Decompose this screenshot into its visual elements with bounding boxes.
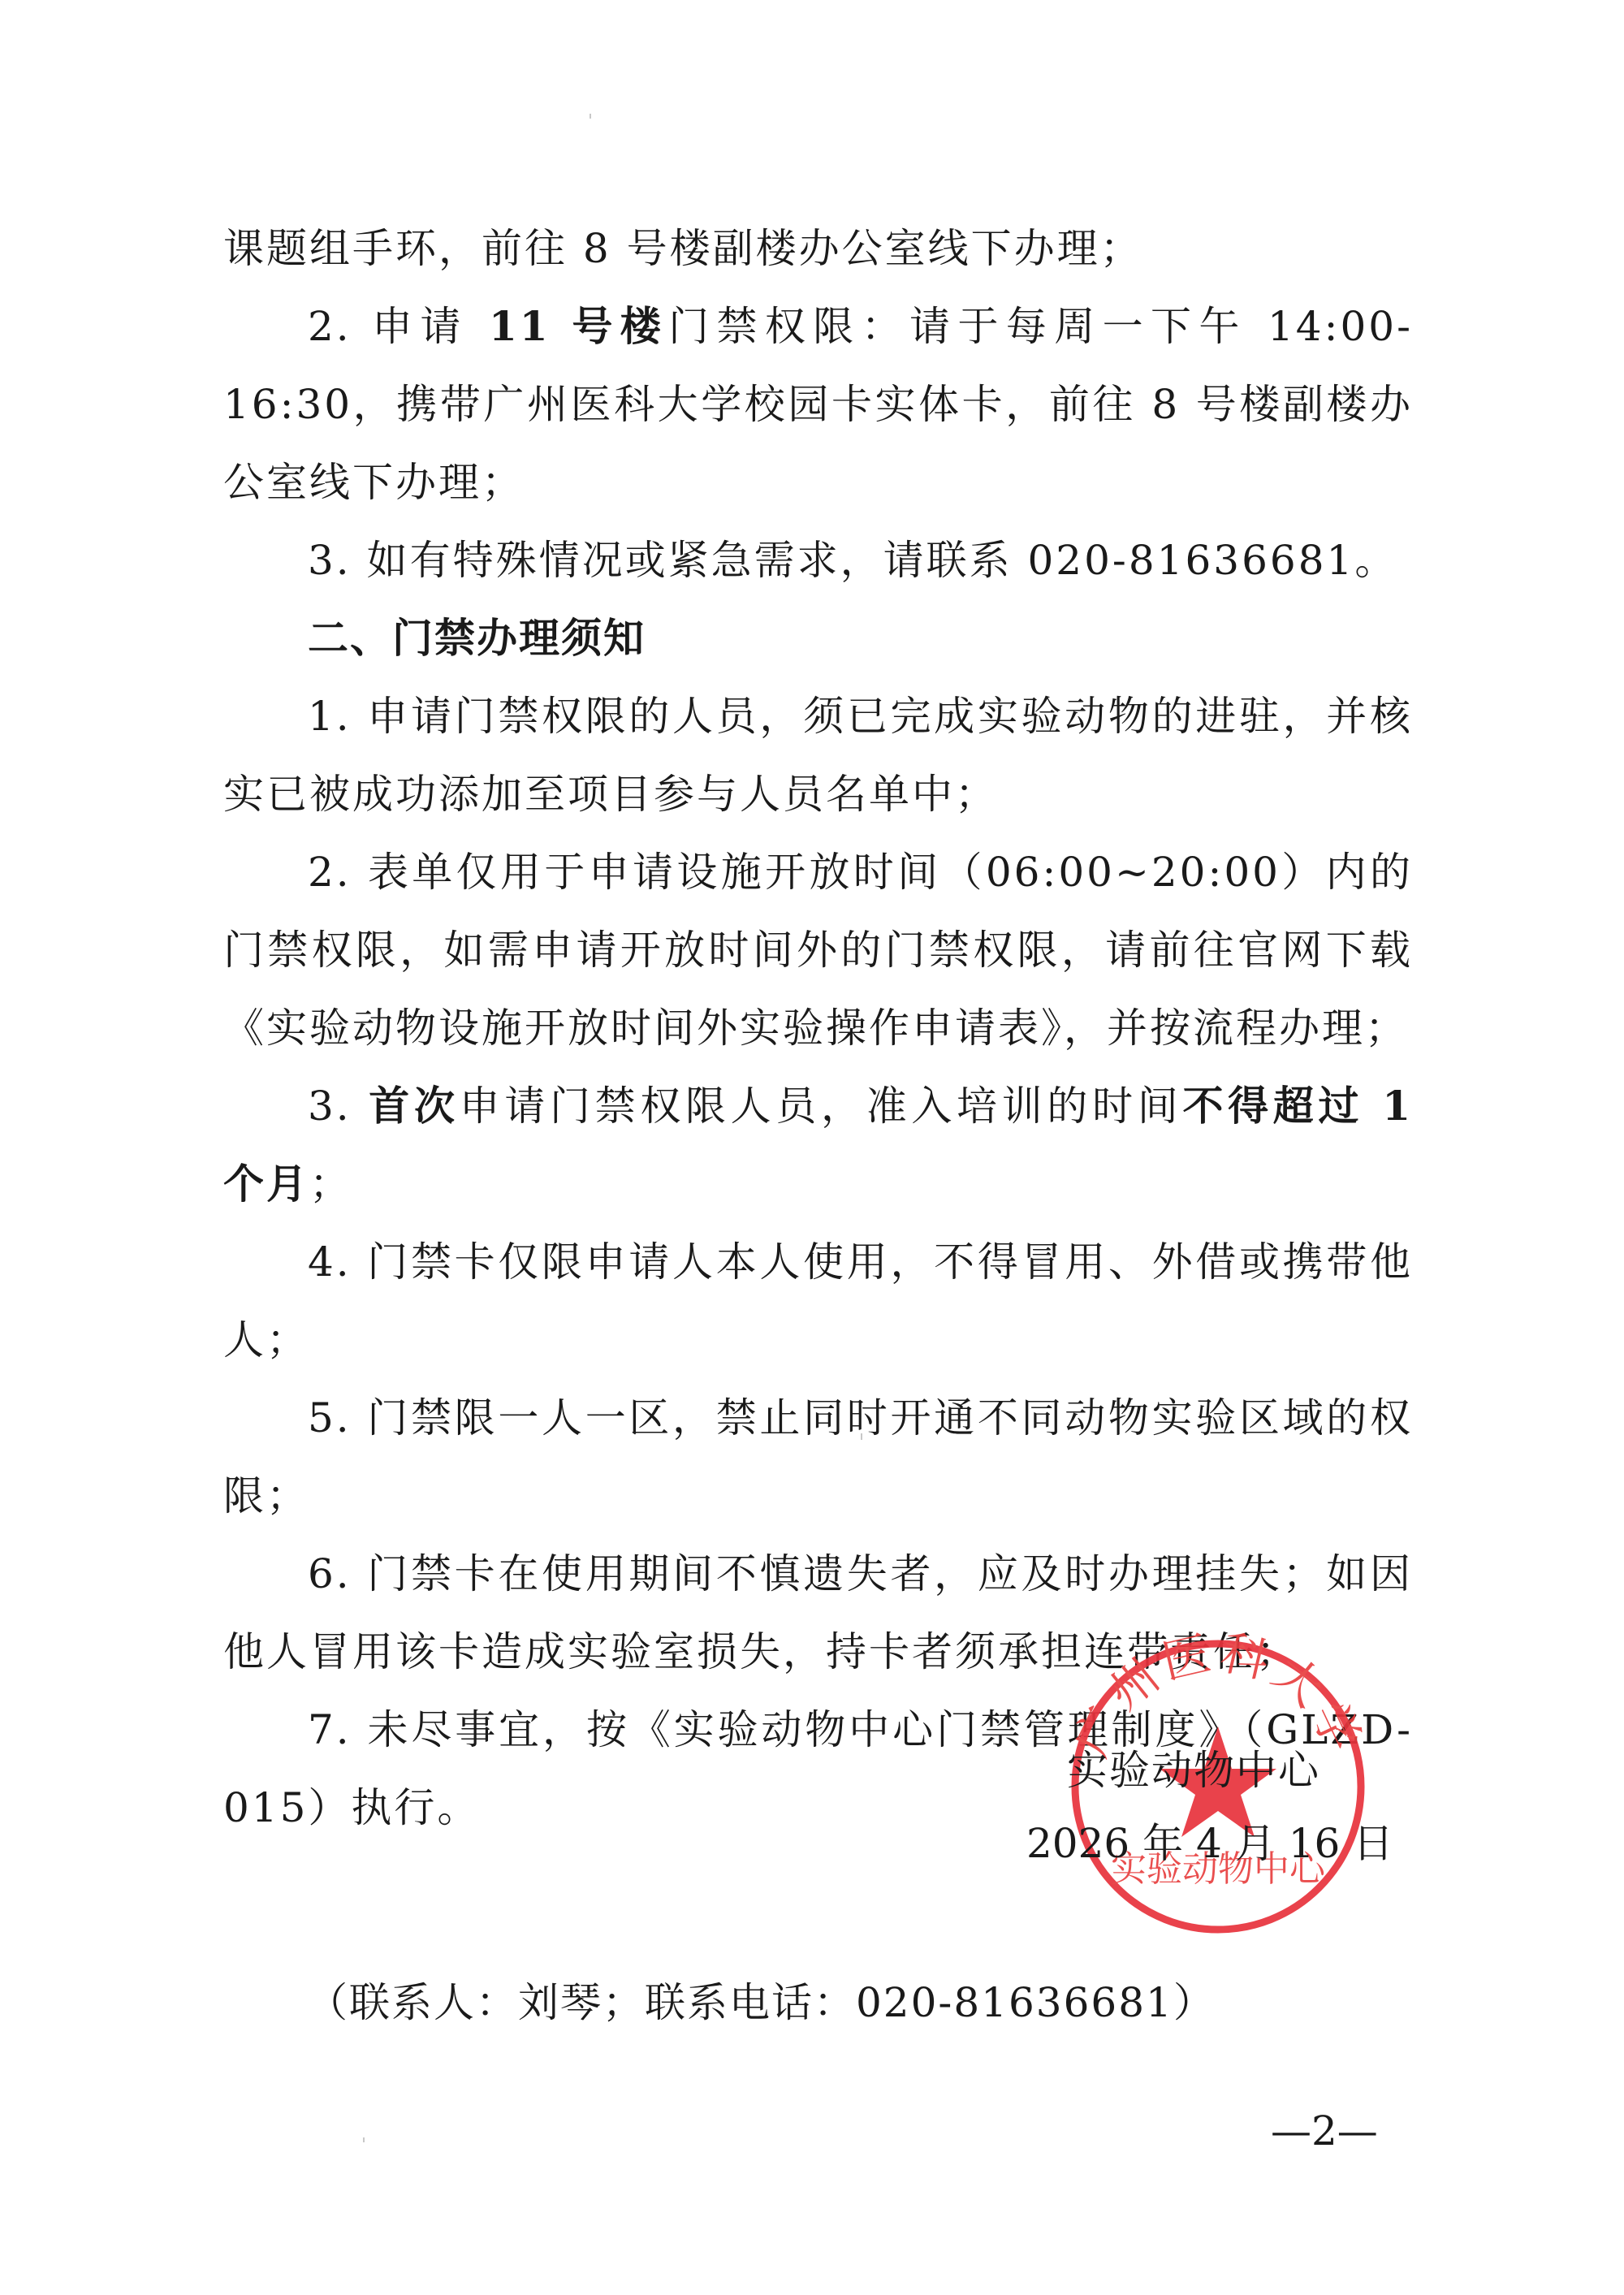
emphasis-building-11: 11 号楼 <box>489 302 668 350</box>
notice-item-4: 4. 门禁卡仅限申请人本人使用，不得冒用、外借或携带他人； <box>223 1223 1413 1379</box>
paragraph-building-11: 2. 申请 11 号楼门禁权限：请于每周一下午 14:00-16:30，携带广州… <box>223 287 1413 521</box>
document-body: 课题组手环，前往 8 号楼副楼办公室线下办理； 2. 申请 11 号楼门禁权限：… <box>223 210 1413 1847</box>
paragraph-text: 3. 如有特殊情况或紧急需求，请联系 020-81636681。 <box>308 537 1397 584</box>
emphasis-first-time: 首次 <box>369 1082 459 1130</box>
scan-artifact <box>861 1433 862 1440</box>
notice-item-5: 5. 门禁限一人一区，禁止同时开通不同动物实验区域的权限； <box>223 1379 1413 1535</box>
signature-date: 2026 年 4 月 16 日 <box>1026 1819 1393 1868</box>
notice-text: 5. 门禁限一人一区，禁止同时开通不同动物实验区域的权限； <box>223 1394 1413 1519</box>
notice-text: 申请门禁权限人员，准入培训的时间 <box>460 1083 1183 1130</box>
section-heading: 二、门禁办理须知 <box>223 599 1413 677</box>
notice-item-1: 1. 申请门禁权限的人员，须已完成实验动物的进驻，并核实已被成功添加至项目参与人… <box>223 677 1413 833</box>
notice-item-2: 2. 表单仅用于申请设施开放时间（06:00~20:00）内的门禁权限，如需申请… <box>223 833 1413 1067</box>
paragraph-emergency-contact: 3. 如有特殊情况或紧急需求，请联系 020-81636681。 <box>223 521 1413 599</box>
document-page: 课题组手环，前往 8 号楼副楼办公室线下办理； 2. 申请 11 号楼门禁权限：… <box>0 0 1624 2295</box>
scan-artifact <box>363 2137 365 2142</box>
paragraph-text: 2. 申请 <box>308 303 489 350</box>
notice-item-3: 3. 首次申请门禁权限人员，准入培训的时间不得超过 1 个月； <box>223 1067 1413 1223</box>
notice-text: 3. <box>308 1083 369 1130</box>
page-number: —2— <box>1271 2107 1378 2155</box>
contact-info: （联系人：刘琴；联系电话：020-81636681） <box>307 1978 1216 2027</box>
scan-artifact <box>590 114 591 119</box>
signature-organization: 实验动物中心 <box>1067 1746 1320 1795</box>
notice-text: ； <box>309 1160 352 1208</box>
notice-text: 4. 门禁卡仅限申请人本人使用，不得冒用、外借或携带他人； <box>223 1238 1413 1364</box>
notice-text: 1. 申请门禁权限的人员，须已完成实验动物的进驻，并核实已被成功添加至项目参与人… <box>223 693 1413 818</box>
paragraph-text: 课题组手环，前往 8 号楼副楼办公室线下办理； <box>223 225 1143 272</box>
paragraph-continuation: 课题组手环，前往 8 号楼副楼办公室线下办理； <box>223 210 1413 287</box>
notice-text: 2. 表单仅用于申请设施开放时间（06:00~20:00）内的门禁权限，如需申请… <box>223 849 1413 1052</box>
